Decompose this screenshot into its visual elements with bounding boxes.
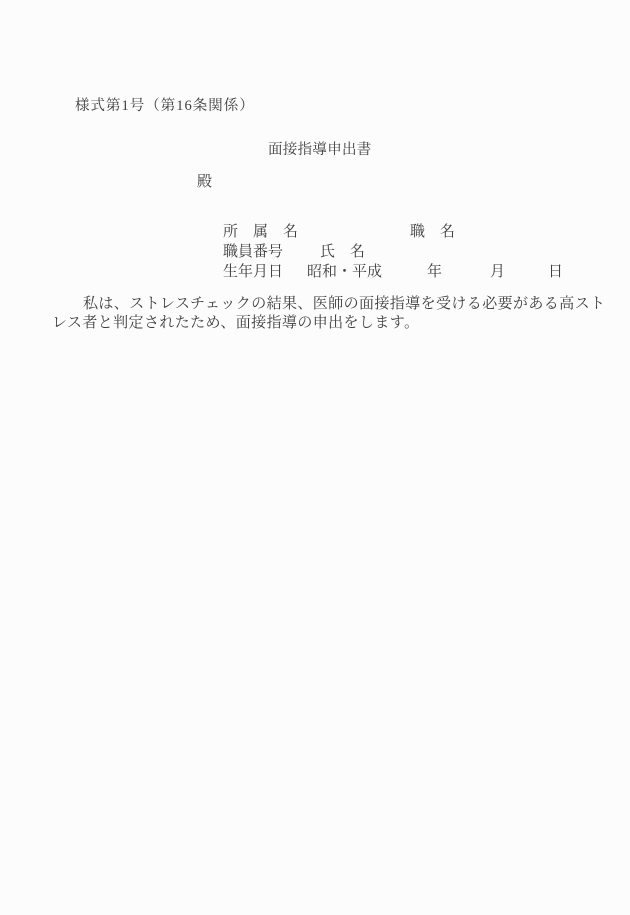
affiliation-label: 所 属 名 bbox=[223, 225, 298, 240]
form-number-line: 様式第1号（第16条関係） bbox=[75, 99, 255, 114]
month-suffix-label: 月 bbox=[490, 265, 505, 280]
name-label: 氏 名 bbox=[320, 245, 365, 260]
addressee-honorific: 殿 bbox=[197, 175, 212, 190]
job-title-label: 職 名 bbox=[410, 225, 455, 240]
body-paragraph-line-2: レス者と判定されたため、面接指導の申出をします。 bbox=[52, 315, 419, 331]
body-paragraph-line-1: 私は、ストレスチェックの結果、医師の面接指導を受ける必要がある高スト bbox=[83, 296, 605, 312]
document-page: 様式第1号（第16条関係） 面接指導申出書 殿 所 属 名 職 名 職員番号 氏… bbox=[0, 0, 630, 915]
employee-number-label: 職員番号 bbox=[223, 245, 283, 260]
day-suffix-label: 日 bbox=[548, 265, 563, 280]
era-options-label: 昭和・平成 bbox=[307, 265, 382, 280]
document-title: 面接指導申出書 bbox=[268, 143, 372, 158]
birthdate-label: 生年月日 bbox=[223, 265, 283, 280]
year-suffix-label: 年 bbox=[427, 265, 442, 280]
